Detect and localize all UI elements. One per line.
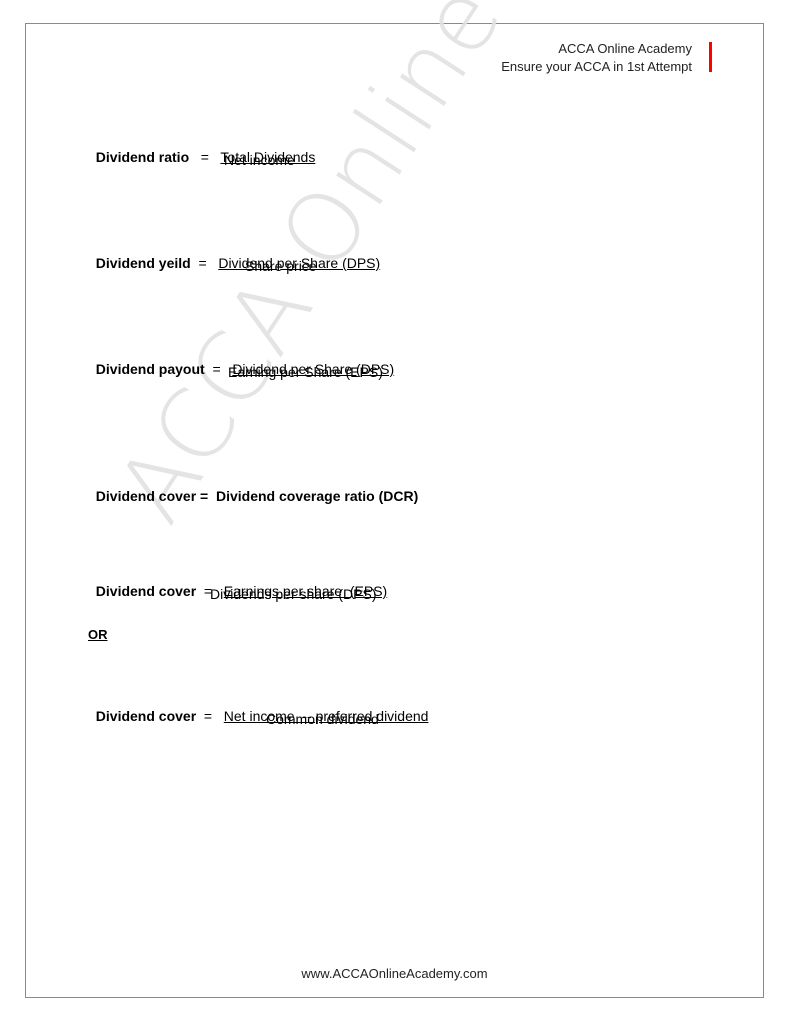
formula-label: Dividend yeild (96, 255, 191, 271)
formula-denominator: Share price (245, 257, 317, 275)
formula-label: Dividend payout (96, 361, 205, 377)
formula-denominator: Common dividend (266, 710, 379, 728)
header-accent-bar (709, 42, 712, 72)
formula-label: Dividend cover = Dividend coverage ratio… (96, 488, 418, 504)
formula-label: Dividend cover (96, 708, 196, 724)
formula-dividend-cover-definition: Dividend cover = Dividend coverage ratio… (88, 469, 418, 505)
formula-denominator: Earning per Share (EPS) (228, 363, 383, 381)
formula-label: Dividend ratio (96, 149, 189, 165)
formula-dividend-yield: Dividend yeild = Dividend per Share (DPS… (88, 236, 380, 272)
header: ACCA Online Academy Ensure your ACCA in … (501, 40, 702, 76)
footer-website: www.ACCAOnlineAcademy.com (0, 966, 789, 981)
formula-denominator: Net income (224, 151, 295, 169)
or-separator: OR (88, 627, 108, 642)
header-tagline: Ensure your ACCA in 1st Attempt (501, 58, 692, 76)
header-title: ACCA Online Academy (501, 40, 692, 58)
formula-denominator: Dividends per share (DPS) (210, 585, 377, 603)
formula-label: Dividend cover (96, 583, 196, 599)
